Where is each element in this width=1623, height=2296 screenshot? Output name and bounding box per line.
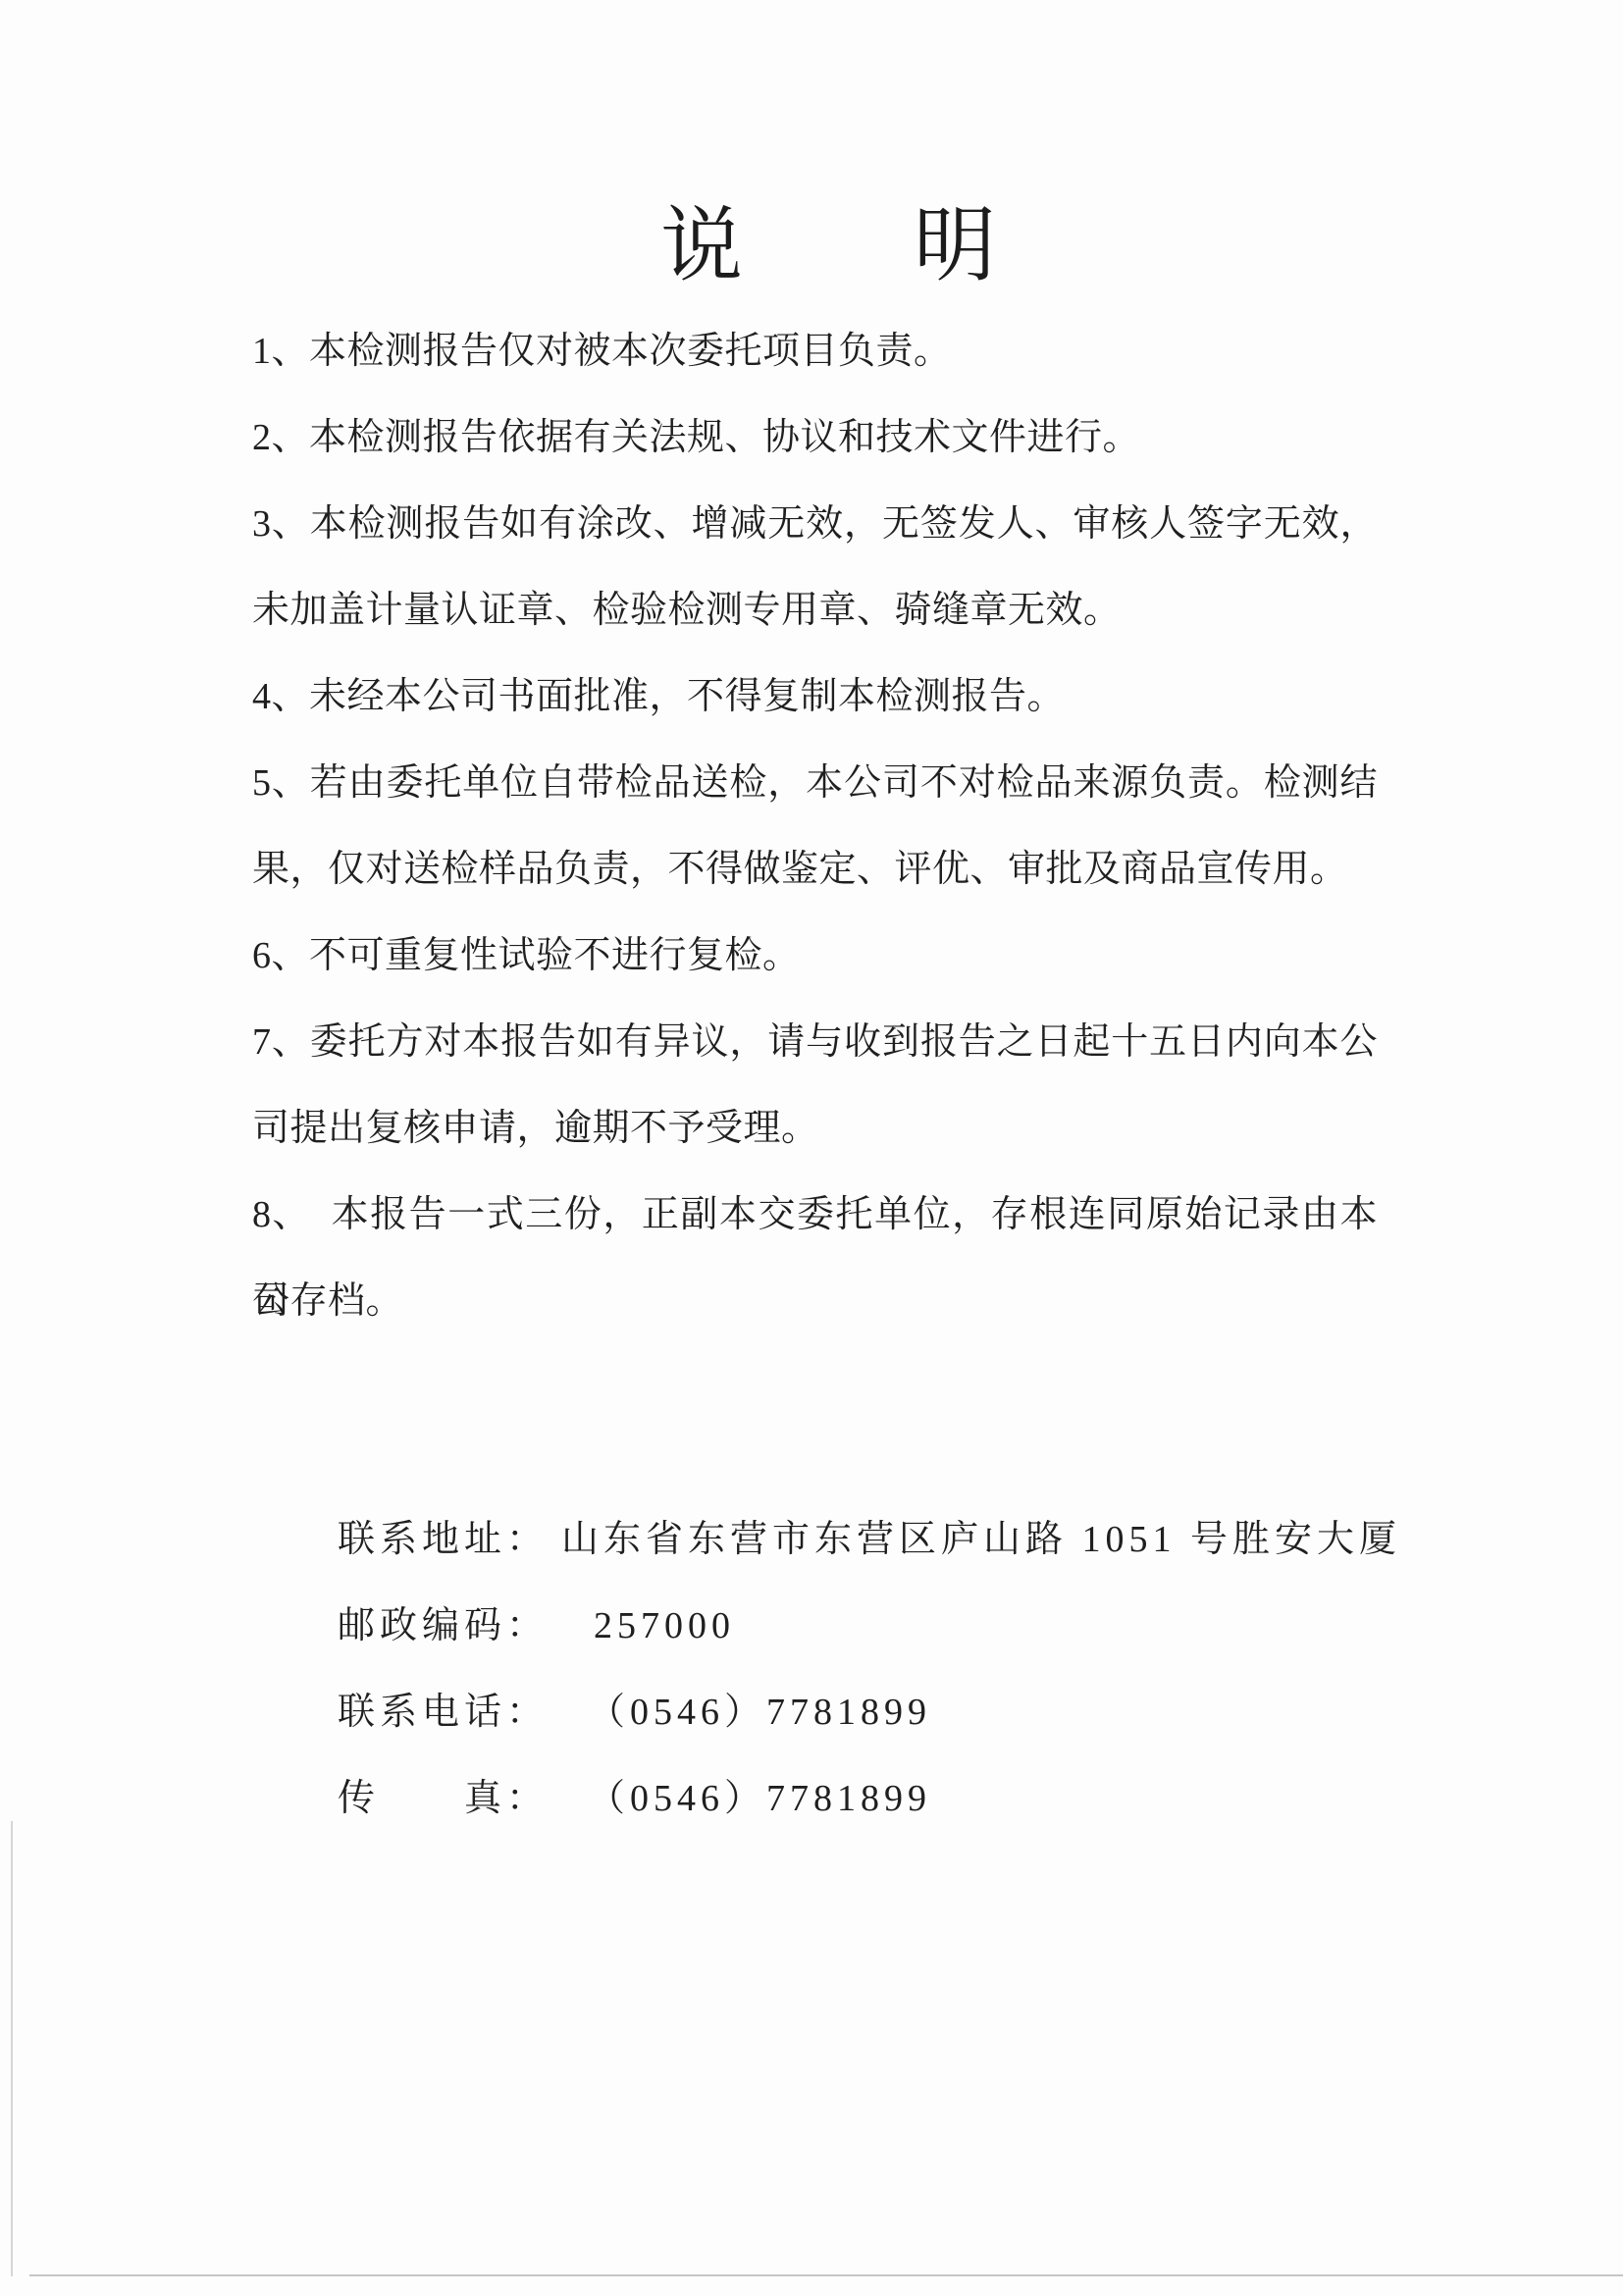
note-7-line-2: 司提出复核申请，逾期不予受理。 bbox=[252, 1085, 1378, 1172]
note-5-line-1: 5、若由委托单位自带检品送检，本公司不对检品来源负责。检测结 bbox=[252, 740, 1378, 826]
scan-edge-horizontal-line bbox=[29, 2274, 1623, 2276]
note-2-line-1: 2、本检测报告依据有关法规、协议和技术文件进行。 bbox=[252, 394, 1378, 481]
page-title: 说 明 bbox=[660, 198, 998, 296]
fax-value: （0546）7781899 bbox=[588, 1755, 931, 1842]
phone-value: （0546）7781899 bbox=[588, 1669, 931, 1755]
note-3-line-2: 未加盖计量认证章、检验检测专用章、骑缝章无效。 bbox=[252, 567, 1378, 653]
note-6-line-1: 6、不可重复性试验不进行复检。 bbox=[252, 913, 1378, 999]
fax-label: 传 真： bbox=[338, 1755, 549, 1842]
note-1-line-1: 1、本检测报告仅对被本次委托项目负责。 bbox=[252, 308, 1378, 394]
postal-code-label: 邮政编码： bbox=[338, 1583, 549, 1669]
phone-label: 联系电话： bbox=[338, 1669, 549, 1755]
scan-edge-vertical-line bbox=[11, 1821, 13, 2276]
postal-code-value: 257000 bbox=[594, 1583, 735, 1669]
note-5-line-2: 果，仅对送检样品负责，不得做鉴定、评优、审批及商品宣传用。 bbox=[252, 826, 1378, 913]
address-label: 联系地址： bbox=[338, 1496, 549, 1583]
report-notes-page: 说 明 1、本检测报告仅对被本次委托项目负责。 2、本检测报告依据有关法规、协议… bbox=[0, 0, 1623, 2296]
address-value: 山东省东营市东营区庐山路 1051 号胜安大厦 bbox=[561, 1496, 1401, 1583]
note-3-line-1: 3、本检测报告如有涂改、增减无效，无签发人、审核人签字无效， bbox=[252, 481, 1378, 567]
note-8-line-1: 8、 本报告一式三份，正副本交委托单位，存根连同原始记录由本公 bbox=[252, 1172, 1378, 1258]
contact-block: 联系地址：山东省东营市东营区庐山路 1051 号胜安大厦 邮政编码：257000… bbox=[252, 1410, 1430, 1755]
note-4-line-1: 4、未经本公司书面批准，不得复制本检测报告。 bbox=[252, 653, 1378, 740]
note-7-line-1: 7、委托方对本报告如有异议，请与收到报告之日起十五日内向本公 bbox=[252, 999, 1378, 1085]
notes-list: 1、本检测报告仅对被本次委托项目负责。 2、本检测报告依据有关法规、协议和技术文… bbox=[252, 308, 1378, 1344]
note-8-line-2: 司存档。 bbox=[252, 1258, 1378, 1344]
contact-address-row: 联系地址：山东省东营市东营区庐山路 1051 号胜安大厦 bbox=[252, 1410, 1430, 1496]
